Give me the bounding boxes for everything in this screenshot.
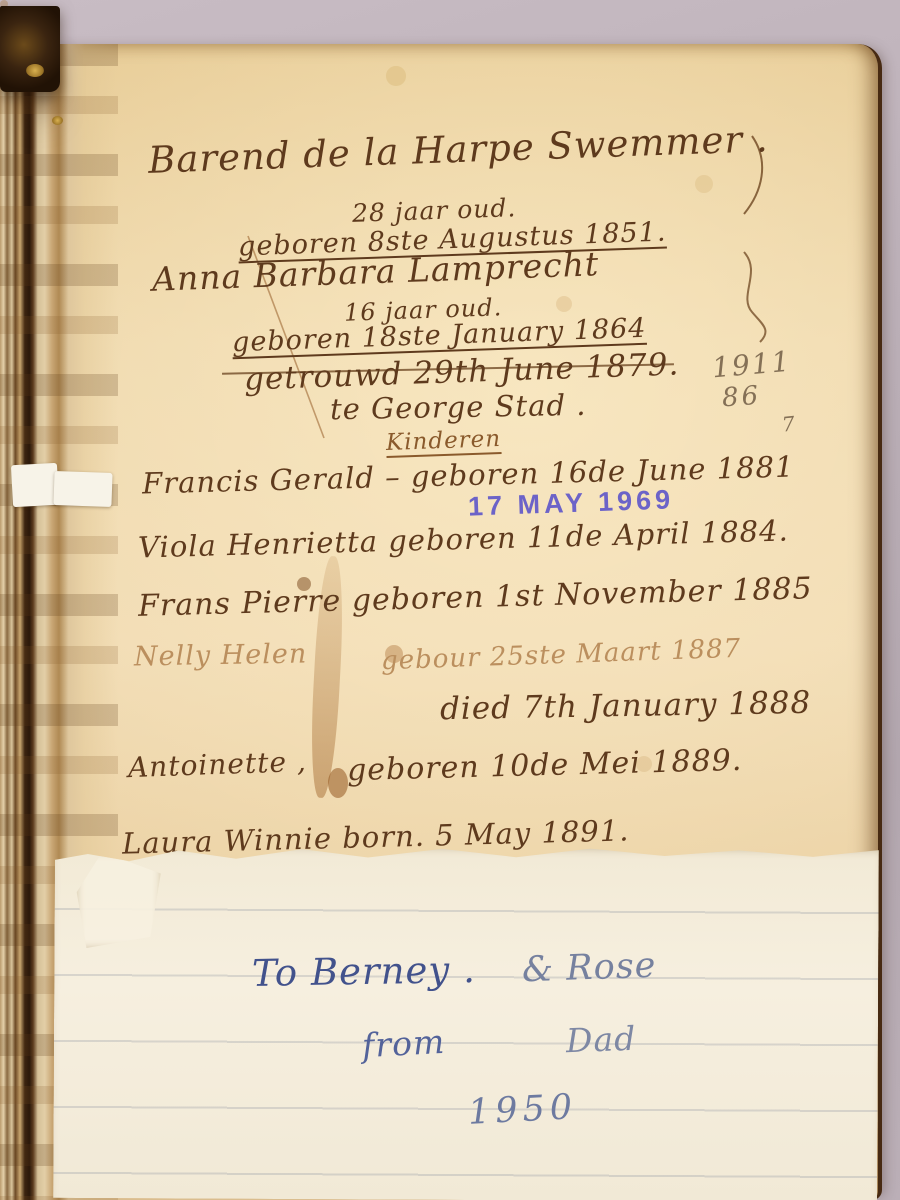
- child-antoinette-line: Antoinette , geboren 10de Mei 1889.: [128, 748, 742, 783]
- dedication-and-name: & Rose: [521, 946, 657, 991]
- pencil-number-86: 86: [721, 381, 762, 414]
- child-antoinette-birth: geboren 10de Mei 1889.: [346, 743, 742, 788]
- dedication-from: from: [361, 1022, 446, 1065]
- binding-tape-left: [11, 463, 59, 507]
- dedication-signer: Dad: [565, 1019, 637, 1060]
- gold-fleck: [26, 64, 44, 77]
- pencil-mark-7: 7: [781, 411, 796, 436]
- binding-tape-right: [53, 471, 112, 507]
- insert-tape: [76, 852, 161, 948]
- gold-fleck: [52, 116, 63, 125]
- lined-paper-insert: [53, 844, 879, 1200]
- child-nelly-line: Nelly Helen gebour 25ste Maart 1887: [134, 640, 741, 671]
- child-nelly-birth: gebour 25ste Maart 1887: [381, 634, 742, 678]
- leather-binding-corner: [0, 6, 60, 92]
- photo-of-family-register: Barend de la Harpe Swemmer . 28 jaar oud…: [0, 0, 900, 1200]
- dedication-to: To Berney .: [252, 948, 476, 995]
- children-heading: Kinderen: [386, 426, 502, 456]
- pencil-year-1911: 1911: [711, 345, 793, 385]
- child-nelly-death-line: died 7th January 1888: [440, 685, 812, 727]
- child-nelly-name: Nelly Helen: [134, 638, 308, 672]
- child-antoinette-name: Antoinette ,: [127, 745, 307, 786]
- dedication-year: 1950: [467, 1087, 578, 1133]
- married-place-line: te George Stad .: [330, 388, 587, 426]
